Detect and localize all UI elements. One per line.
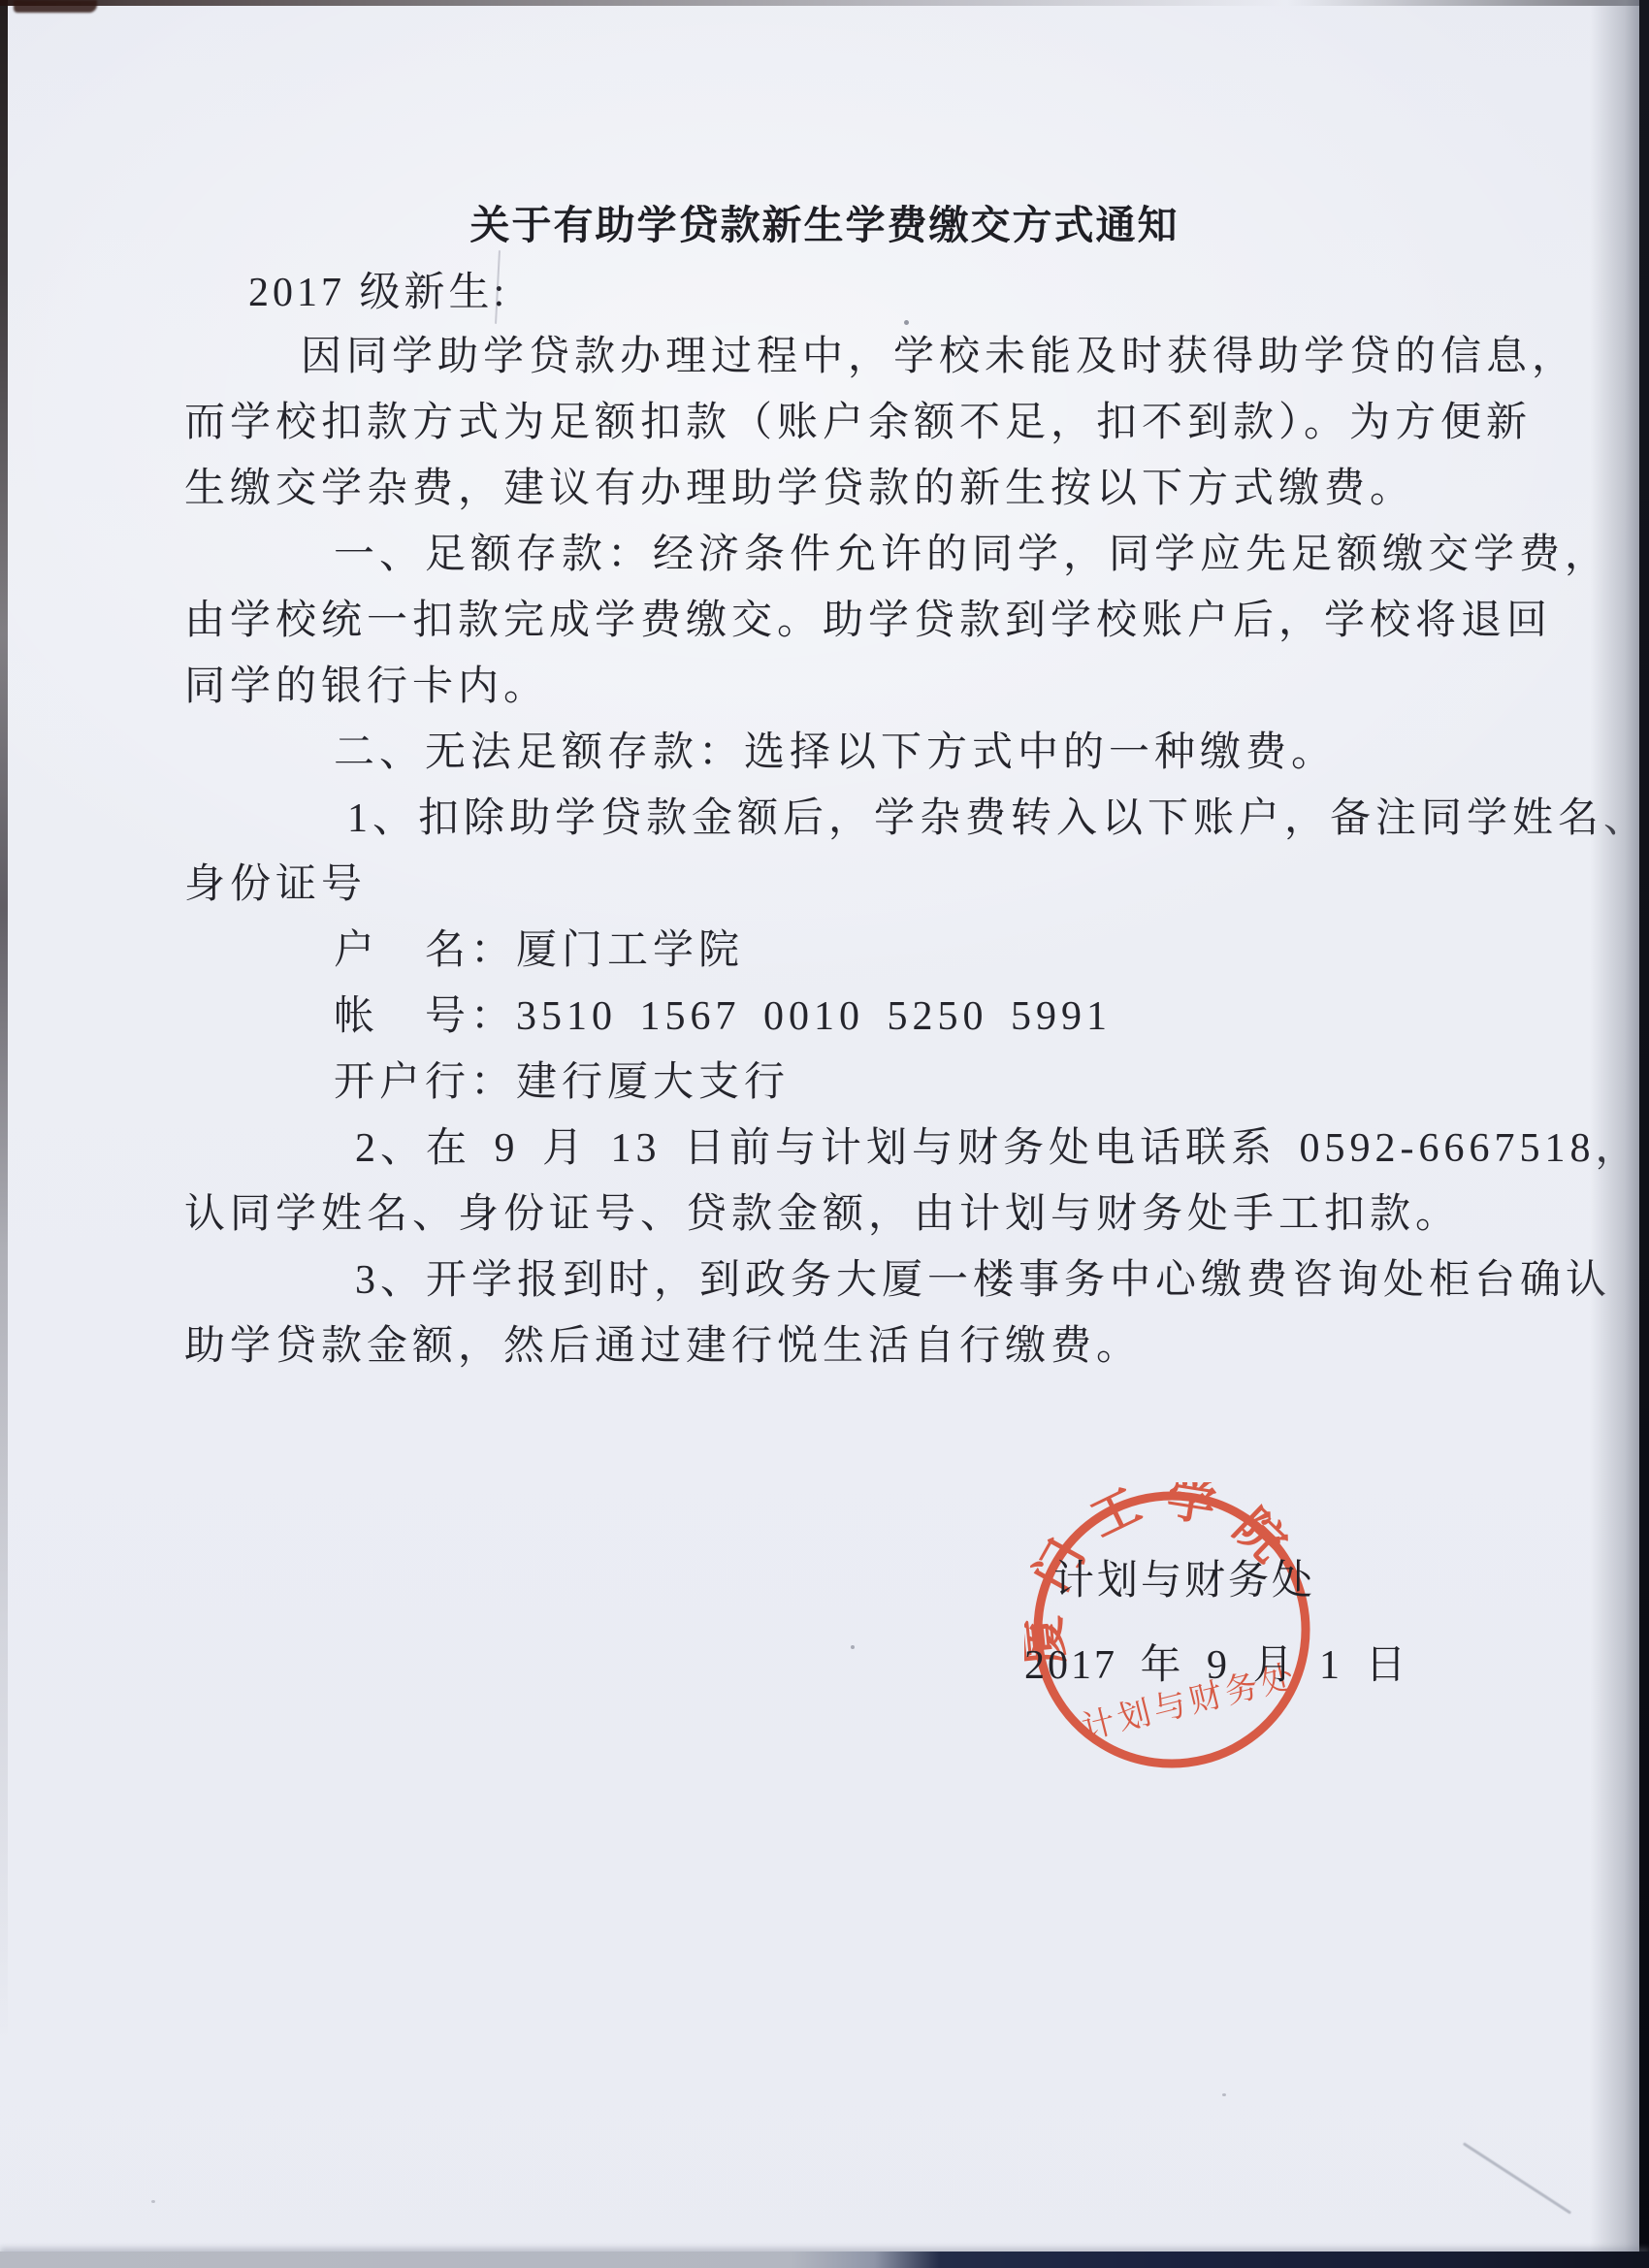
doc-line: 2、在 9 月 13 日前与计划与财务处电话联系 0592-6667518，确 xyxy=(184,1116,1474,1182)
issue-date: 2017 年 9 月 1 日 xyxy=(1024,1644,1409,1687)
scan-streak xyxy=(1463,2142,1571,2214)
doc-line account-bank-line: 开户行：建行厦大支行 xyxy=(184,1050,1474,1116)
scan-bottom-band xyxy=(0,2252,1649,2268)
issuing-department-signature: 计划与财务处 xyxy=(1053,1560,1315,1603)
doc-line: 助学贷款金额，然后通过建行悦生活自行缴费。 xyxy=(184,1313,1474,1379)
official-stamp: 厦门工学院 计划与财务处 xyxy=(1024,1482,1319,1777)
scan-edge-left xyxy=(0,0,8,2268)
doc-line: 认同学姓名、身份证号、贷款金额，由计划与财务处手工扣款。 xyxy=(184,1182,1474,1247)
doc-line: 身份证号 xyxy=(184,852,1474,918)
scan-speck xyxy=(904,320,909,325)
doc-line account-holder-line: 户 名：厦门工学院 xyxy=(184,918,1474,984)
doc-line: 生缴交学杂费，建议有办理助学贷款的新生按以下方式缴费。 xyxy=(184,456,1474,522)
doc-line: 而学校扣款方式为足额扣款（账户余额不足，扣不到款）。为方便新 xyxy=(184,390,1474,456)
doc-line: 同学的银行卡内。 xyxy=(184,654,1474,720)
scan-corner-blot xyxy=(14,0,97,13)
scan-speck xyxy=(151,2200,155,2203)
salutation: 2017 级新生: xyxy=(248,268,508,318)
doc-line: 一、足额存款：经济条件允许的同学，同学应先足额缴交学费， xyxy=(184,522,1474,588)
scan-edge-right xyxy=(1639,0,1649,2268)
doc-line: 因同学助学贷款办理过程中，学校未能及时获得助学贷的信息， xyxy=(184,324,1474,390)
doc-line: 由学校统一扣款完成学费缴交。助学贷款到学校账户后，学校将退回 xyxy=(184,588,1474,654)
document-body: 因同学助学贷款办理过程中，学校未能及时获得助学贷的信息， 而学校扣款方式为足额扣… xyxy=(184,324,1474,1379)
scan-edge-top xyxy=(0,0,1649,6)
doc-line account-number-line: 帐 号：3510 1567 0010 5250 5991 xyxy=(184,984,1474,1050)
page-title: 关于有助学贷款新生学费缴交方式通知 xyxy=(0,200,1649,250)
doc-line: 3、开学报到时，到政务大厦一楼事务中心缴费咨询处柜台确认 xyxy=(184,1247,1474,1313)
doc-line: 1、扣除助学贷款金额后，学杂费转入以下账户，备注同学姓名、 xyxy=(184,786,1474,852)
doc-line: 二、无法足额存款：选择以下方式中的一种缴费。 xyxy=(184,720,1474,786)
scan-speck xyxy=(1222,2093,1226,2096)
scan-edge-right-shade xyxy=(1590,0,1640,2268)
scan-speck xyxy=(851,1645,855,1649)
